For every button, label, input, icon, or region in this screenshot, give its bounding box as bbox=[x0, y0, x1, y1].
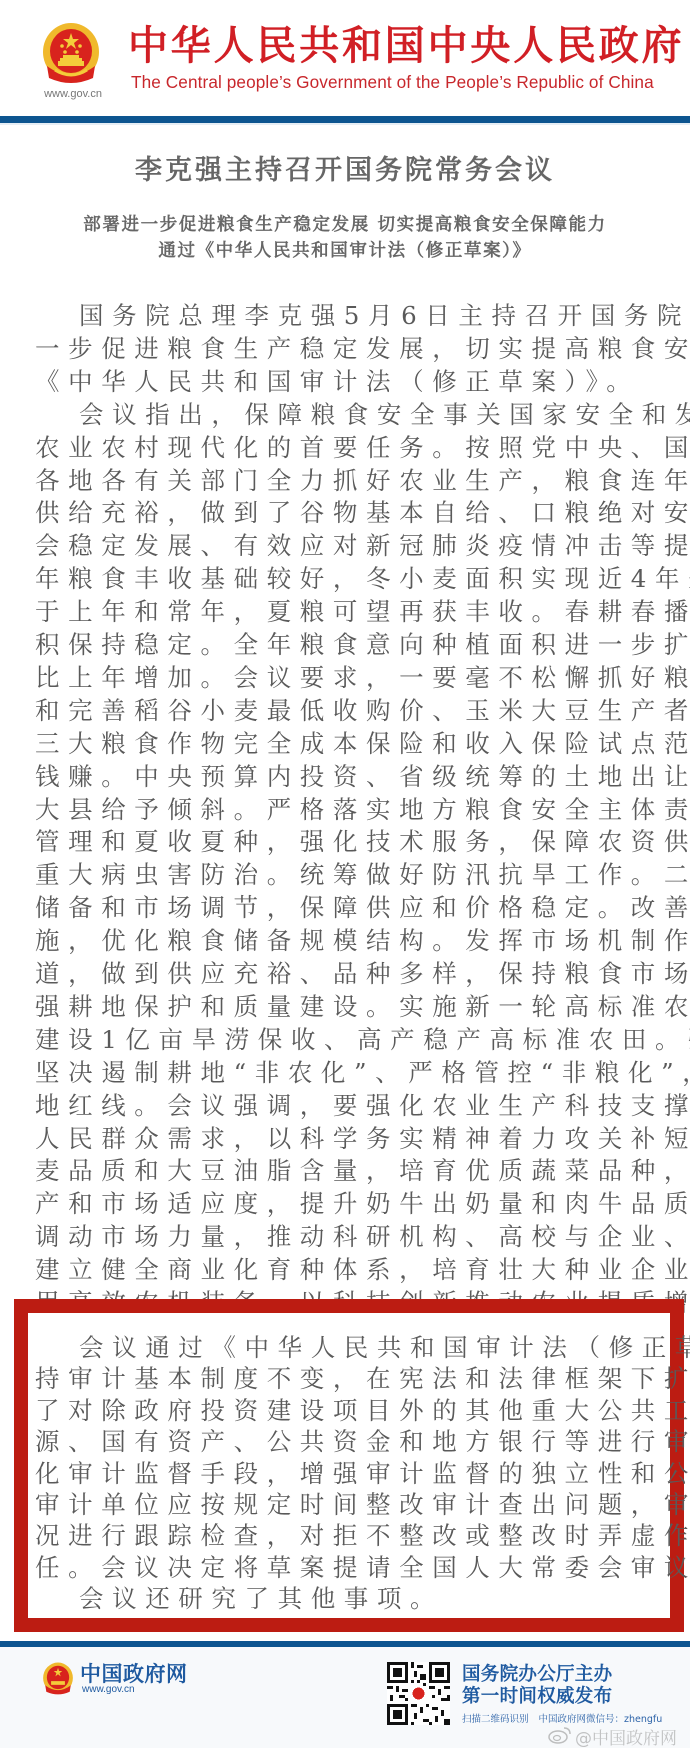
highlight-line: 源、国有资产、公共资金和地方银行等进行审计监督的规定，强 bbox=[35, 1425, 690, 1458]
footer-scan-info: 扫描二维码识别中国政府网微信号：zhengfu bbox=[462, 1711, 662, 1725]
body-line: 施，优化粮食储备规模结构。发挥市场机制作用，丰富供应渠 bbox=[35, 924, 690, 957]
highlight-line: 了对除政府投资建设项目外的其他重大公共工程项目、国有资 bbox=[35, 1394, 690, 1427]
body-line: 会稳定发展、有效应对新冠肺炎疫情冲击等提供了坚实支撑。今 bbox=[35, 529, 690, 562]
body-line: 人民群众需求，以科学务实精神着力攻关补短板。提高稻谷、小 bbox=[35, 1122, 690, 1155]
national-emblem-icon bbox=[42, 1662, 74, 1696]
body-line: 国务院总理李克强5月6日主持召开国务院常务会议，部署进 bbox=[79, 299, 690, 332]
body-line: 建设1亿亩旱涝保收、高产稳产高标准农田。强化耕地用途管制， bbox=[35, 1023, 690, 1056]
highlight-line: 况进行跟踪检查，对拒不整改或整改时弄虚作假的依法追究责 bbox=[35, 1519, 690, 1552]
site-title: 中华人民共和国中央人民政府 bbox=[128, 22, 684, 70]
highlight-line: 审计单位应按规定时间整改审计查出问题，审计机关应对整改情 bbox=[35, 1488, 690, 1521]
body-line: 大县给予倾斜。严格落实地方粮食安全主体责任，督促加强田间 bbox=[35, 793, 690, 826]
body-line: 产和市场适应度，提升奶牛出奶量和肉牛品质。完善机制，充分 bbox=[35, 1187, 690, 1220]
body-line: 各地各有关部门全力抓好农业生产，粮食连年丰收，重要农产品 bbox=[35, 464, 690, 497]
body-line: 三大粮食作物完全成本保险和收入保险试点范围，让农民种粮有 bbox=[35, 727, 690, 760]
highlight-line: 持审计基本制度不变，在宪法和法律框架下扩展审计范围，增加 bbox=[35, 1362, 690, 1395]
body-line: 供给充裕，做到了谷物基本自给、口粮绝对安全，为促进经济社 bbox=[35, 496, 690, 529]
highlight-line: 化审计监督手段，增强审计监督的独立性和公信力，明确要求被 bbox=[35, 1457, 690, 1490]
body-line: 调动市场力量，推动科研机构、高校与企业、农户等协同创新。 bbox=[35, 1220, 690, 1253]
body-line: 储备和市场调节，保障供应和价格稳定。改善粮食仓储物流设 bbox=[35, 891, 690, 924]
article-subtitle: 通过《中华人民共和国审计法（修正草案）》 bbox=[0, 237, 690, 262]
site-header: www.gov.cn 中华人民共和国中央人民政府 The Central peo… bbox=[0, 0, 690, 117]
footer-slogan: 第一时间权威发布 bbox=[462, 1682, 612, 1708]
qr-code-icon[interactable] bbox=[387, 1662, 450, 1725]
site-url[interactable]: www.gov.cn bbox=[38, 88, 108, 100]
body-line: 积保持稳定。全年粮食意向种植面积进一步扩大，其中玉米面积 bbox=[35, 628, 690, 661]
highlight-line: 会议通过《中华人民共和国审计法（修正草案）》。草案保 bbox=[79, 1331, 690, 1364]
body-line: 地红线。会议强调，要强化农业生产科技支撑，立足国情，围绕 bbox=[35, 1089, 690, 1122]
body-line: 《中华人民共和国审计法（修正草案）》。 bbox=[35, 365, 639, 398]
body-line: 年粮食丰收基础较好，冬小麦面积实现近4年来首次增加，长势好 bbox=[35, 562, 690, 595]
highlight-line: 会议还研究了其他事项。 bbox=[79, 1582, 443, 1615]
site-title-english: The Central people’s Government of the P… bbox=[131, 72, 654, 93]
national-emblem-icon bbox=[41, 22, 101, 86]
body-line: 重大病虫害防治。统筹做好防汛抗旱工作。二要做好粮食收购、 bbox=[35, 858, 690, 891]
body-line: 管理和夏收夏种，强化技术服务，保障农资供应，突出抓好农业 bbox=[35, 825, 690, 858]
scan-hint: 扫描二维码识别 bbox=[462, 1714, 529, 1725]
body-line: 麦品质和大豆油脂含量，培育优质蔬菜品种，提高重要农产品单 bbox=[35, 1154, 690, 1187]
body-line: 比上年增加。会议要求，一要毫不松懈抓好粮食稳产丰产。稳定 bbox=[35, 661, 690, 694]
highlight-line: 任。会议决定将草案提请全国人大常委会审议。 bbox=[35, 1551, 690, 1584]
body-line: 建立健全商业化育种体系，培育壮大种业企业，支持研制推广实 bbox=[35, 1253, 690, 1286]
body-line: 和完善稻谷小麦最低收购价、玉米大豆生产者补贴等政策，扩大 bbox=[35, 694, 690, 727]
body-line: 坚决遏制耕地“非农化”、严格管控“非粮化”，严守18亿亩耕 bbox=[35, 1056, 690, 1089]
body-line: 钱赚。中央预算内投资、省级统筹的土地出让收益使用等对产粮 bbox=[35, 760, 690, 793]
body-line: 道，做到供应充裕、品种多样，保持粮食市场平稳运行。三要加 bbox=[35, 957, 690, 990]
body-line: 农业农村现代化的首要任务。按照党中央、国务院部署，近年来 bbox=[35, 431, 690, 464]
article-title: 李克强主持召开国务院常务会议 bbox=[0, 148, 690, 187]
weibo-watermark: @中国政府网 bbox=[553, 1724, 677, 1748]
header-divider bbox=[0, 116, 690, 123]
footer-url[interactable]: www.gov.cn bbox=[82, 1684, 135, 1695]
body-line: 于上年和常年，夏粮可望再获丰收。春耕春播进展顺利，早稻面 bbox=[35, 595, 690, 628]
article-subtitle: 部署进一步促进粮食生产稳定发展 切实提高粮食安全保障能力 bbox=[0, 211, 690, 236]
watermark-text: @中国政府网 bbox=[575, 1729, 677, 1748]
body-line: 强耕地保护和质量建设。实施新一轮高标准农田建设规划，今年 bbox=[35, 990, 690, 1023]
body-line: 会议指出，保障粮食安全事关国家安全和发展大局，是推进 bbox=[79, 398, 690, 431]
header-divider-shadow bbox=[0, 123, 690, 125]
body-line: 一步促进粮食生产稳定发展，切实提高粮食安全保障能力；通过 bbox=[35, 332, 690, 365]
